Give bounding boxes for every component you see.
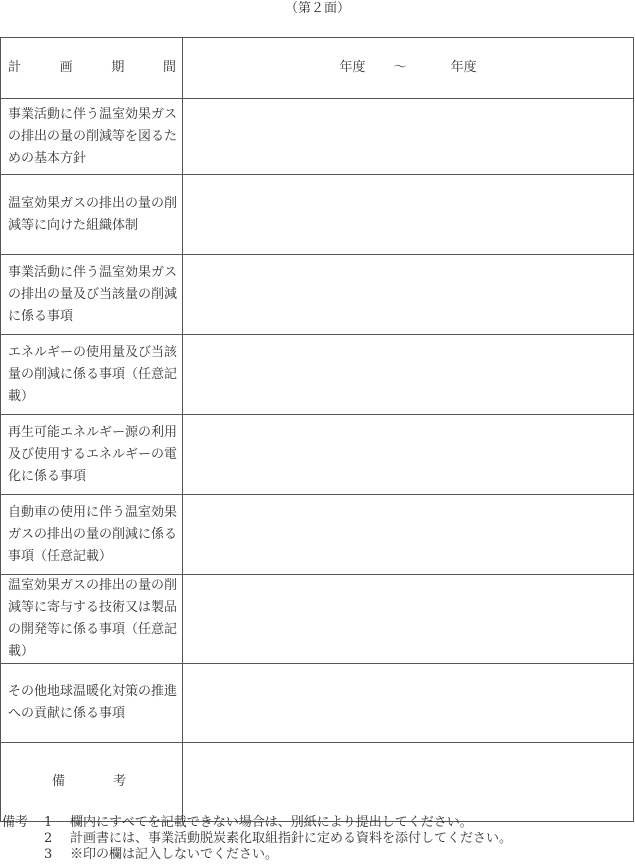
row-label-vehicle-emissions: 自動車の使用に伴う温室効果ガスの排出の量の削減に係る事項（任意記載） bbox=[1, 495, 183, 575]
period-label-char: 間 bbox=[163, 57, 176, 79]
row-label-energy-usage: エネルギーの使用量及び当該量の削減に係る事項（任意記載） bbox=[1, 335, 183, 415]
plan-form-table: 計 画 期 間 年度 ～ 年度 事業活動に伴う温室効果ガスの排出の量の削減等を図… bbox=[0, 37, 634, 822]
note-item: 2 計画書には、事業活動脱炭素化取組指針に定める資料を添付してください。 bbox=[2, 831, 632, 847]
table-row: 事業活動に伴う温室効果ガスの排出の量の削減等を図るための基本方針 bbox=[1, 99, 634, 175]
period-label-char: 期 bbox=[111, 57, 124, 79]
note-number: 3 bbox=[44, 847, 70, 863]
note-text: ※印の欄は記入しないでください。 bbox=[70, 847, 632, 863]
row-input-renewable-energy[interactable] bbox=[183, 415, 634, 495]
table-row: 温室効果ガスの排出の量の削減等に寄与する技術又は製品の開発等に係る事項（任意記載… bbox=[1, 575, 634, 664]
note-item: 3 ※印の欄は記入しないでください。 bbox=[2, 847, 632, 863]
table-row: 温室効果ガスの排出の量の削減等に向けた組織体制 bbox=[1, 175, 634, 255]
note-number: 2 bbox=[44, 831, 70, 847]
notes-heading: 備考 bbox=[2, 815, 44, 831]
period-label-char: 画 bbox=[60, 57, 73, 79]
row-label-renewable-energy: 再生可能エネルギー源の利用及び使用するエネルギーの電化に係る事項 bbox=[1, 415, 183, 495]
note-text: 欄内にすべてを記載できない場合は、別紙により提出してください。 bbox=[70, 815, 632, 831]
period-value-cell[interactable]: 年度 ～ 年度 bbox=[183, 38, 634, 99]
table-row: 自動車の使用に伴う温室効果ガスの排出の量の削減に係る事項（任意記載） bbox=[1, 495, 634, 575]
row-input-organization[interactable] bbox=[183, 175, 634, 255]
period-end-unit: 年度 bbox=[451, 57, 477, 79]
period-label-cell: 計 画 期 間 bbox=[1, 38, 183, 99]
period-row: 計 画 期 間 年度 ～ 年度 bbox=[1, 38, 634, 99]
row-label-organization: 温室効果ガスの排出の量の削減等に向けた組織体制 bbox=[1, 175, 183, 255]
notes-section: 備考 1 欄内にすべてを記載できない場合は、別紙により提出してください。 2 計… bbox=[2, 815, 632, 863]
table-row: 再生可能エネルギー源の利用及び使用するエネルギーの電化に係る事項 bbox=[1, 415, 634, 495]
row-input-vehicle-emissions[interactable] bbox=[183, 495, 634, 575]
remarks-label-cell: 備 考 bbox=[1, 743, 183, 822]
row-label-technology-development: 温室効果ガスの排出の量の削減等に寄与する技術又は製品の開発等に係る事項（任意記載… bbox=[1, 575, 183, 664]
row-input-energy-usage[interactable] bbox=[183, 335, 634, 415]
period-start-unit: 年度 bbox=[339, 57, 365, 79]
row-input-basic-policy[interactable] bbox=[183, 99, 634, 175]
note-number: 1 bbox=[44, 815, 70, 831]
table-row: その他地球温暖化対策の推進への貢献に係る事項 bbox=[1, 664, 634, 743]
remarks-label-char: 備 bbox=[52, 771, 65, 793]
note-item: 備考 1 欄内にすべてを記載できない場合は、別紙により提出してください。 bbox=[2, 815, 632, 831]
row-label-other-contributions: その他地球温暖化対策の推進への貢献に係る事項 bbox=[1, 664, 183, 743]
remarks-row: 備 考 bbox=[1, 743, 634, 822]
page-number-label: （第２面） bbox=[0, 0, 635, 18]
remarks-label-char: 考 bbox=[113, 771, 126, 793]
period-separator: ～ bbox=[393, 57, 406, 79]
note-text: 計画書には、事業活動脱炭素化取組指針に定める資料を添付してください。 bbox=[70, 831, 632, 847]
table-row: 事業活動に伴う温室効果ガスの排出の量及び当該量の削減に係る事項 bbox=[1, 255, 634, 335]
period-label-char: 計 bbox=[8, 57, 21, 79]
remarks-input[interactable] bbox=[183, 743, 634, 822]
row-input-emission-reduction[interactable] bbox=[183, 255, 634, 335]
row-label-basic-policy: 事業活動に伴う温室効果ガスの排出の量の削減等を図るための基本方針 bbox=[1, 99, 183, 175]
row-input-other-contributions[interactable] bbox=[183, 664, 634, 743]
row-input-technology-development[interactable] bbox=[183, 575, 634, 664]
row-label-emission-reduction: 事業活動に伴う温室効果ガスの排出の量及び当該量の削減に係る事項 bbox=[1, 255, 183, 335]
table-row: エネルギーの使用量及び当該量の削減に係る事項（任意記載） bbox=[1, 335, 634, 415]
